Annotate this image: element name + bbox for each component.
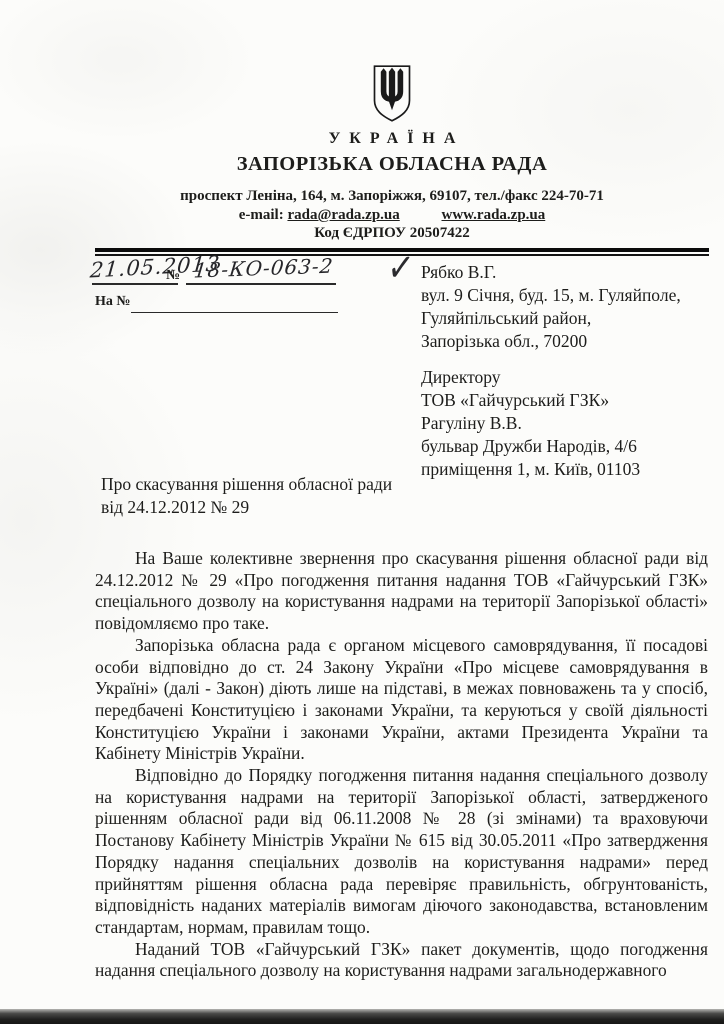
recipient-line: Гуляйпільський район,	[421, 307, 681, 330]
address-line: проспект Леніна, 164, м. Запоріжжя, 6910…	[60, 188, 724, 205]
letter-body: На Ваше колективне звернення про скасува…	[95, 548, 708, 982]
checkmark-icon: ✓	[385, 244, 416, 294]
recipient-line: Запорізька обл., 70200	[421, 330, 681, 353]
body-paragraph: Відповідно до Порядку погодження питання…	[95, 765, 708, 939]
outgoing-number-handwritten: 18-КО-063-2	[193, 254, 335, 283]
number-underline	[186, 283, 336, 285]
body-paragraph: На Ваше колективне звернення про скасува…	[95, 548, 708, 635]
ukraine-trident-emblem-icon	[371, 64, 413, 123]
edrpou-line: Код ЄДРПОУ 20507422	[60, 225, 724, 242]
subject-line: від 24.12.2012 № 29	[101, 496, 392, 519]
email-label: e-mail:	[239, 207, 284, 223]
recipient-director-group: Директору ТОВ «Гайчурський ГЗК» Рагуліну…	[421, 366, 681, 481]
organization-name: ЗАПОРІЗЬКА ОБЛАСНА РАДА	[60, 153, 724, 176]
reply-to-label: На №	[95, 294, 130, 310]
recipient-line: Рагуліну В.В.	[421, 412, 681, 435]
recipient-line: ТОВ «Гайчурський ГЗК»	[421, 389, 681, 412]
website-link: www.rada.zp.ua	[442, 207, 546, 223]
recipient-block: Рябко В.Г. вул. 9 Січня, буд. 15, м. Гул…	[421, 261, 681, 481]
recipient-line: Директору	[421, 366, 681, 389]
recipient-address-group: Рябко В.Г. вул. 9 Січня, буд. 15, м. Гул…	[421, 261, 681, 353]
recipient-line: Рябко В.Г.	[421, 261, 681, 284]
email-link: rada@rada.zp.ua	[287, 207, 399, 223]
outgoing-number-label: №	[166, 268, 180, 284]
body-paragraph: Запорізька обласна рада є органом місцев…	[95, 635, 708, 765]
recipient-line: приміщення 1, м. Київ, 01103	[421, 458, 681, 481]
country-name: УКРАЇНА	[60, 130, 724, 148]
recipient-line: бульвар Дружби Народів, 4/6	[421, 435, 681, 458]
body-paragraph: Наданий ТОВ «Гайчурський ГЗК» пакет доку…	[95, 939, 708, 982]
scan-edge-artifact	[0, 1009, 724, 1024]
subject-line: Про скасування рішення обласної ради	[101, 473, 392, 496]
scanned-letter-page: УКРАЇНА ЗАПОРІЗЬКА ОБЛАСНА РАДА проспект…	[0, 0, 724, 1024]
reply-number-underline	[131, 312, 338, 313]
letterhead: УКРАЇНА ЗАПОРІЗЬКА ОБЛАСНА РАДА проспект…	[60, 0, 724, 242]
subject-block: Про скасування рішення обласної ради від…	[101, 473, 392, 518]
contact-line: e-mail: rada@rada.zp.ua www.rada.zp.ua	[60, 207, 724, 224]
recipient-line: вул. 9 Січня, буд. 15, м. Гуляйполе,	[421, 284, 681, 307]
